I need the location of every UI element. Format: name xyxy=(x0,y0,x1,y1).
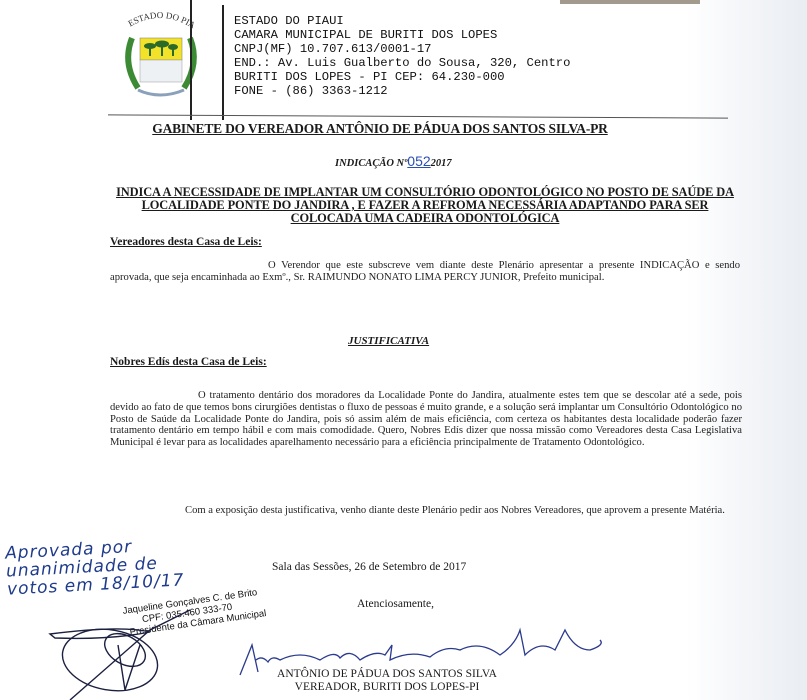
salutation-councillors: Vereadores desta Casa de Leis: xyxy=(110,236,262,248)
indication-number: INDICAÇÃO Nº0522017 xyxy=(335,153,452,169)
indication-label: INDICAÇÃO Nº xyxy=(335,158,407,169)
justification-heading: JUSTIFICATIVA xyxy=(348,335,429,347)
indication-handwritten-number: 052 xyxy=(407,153,430,169)
pen-mark xyxy=(190,0,192,120)
header-phone: FONE - (86) 3363-1212 xyxy=(234,84,570,98)
header-city: BURITI DOS LOPES - PI CEP: 64.230-000 xyxy=(234,70,570,84)
header-cnpj: CNPJ(MF) 10.707.613/0001-17 xyxy=(234,42,570,56)
header-state: ESTADO DO PIAUI xyxy=(234,14,570,28)
signatory-role: VEREADOR, BURITI DOS LOPES-PI xyxy=(232,681,542,694)
handwritten-approval-note: Aprovada por unanimidade de votos em 18/… xyxy=(5,535,185,598)
salutation-edis: Nobres Edís desta Casa de Leis: xyxy=(110,356,267,368)
signatory-block: ANTÔNIO DE PÁDUA DOS SANTOS SILVA VEREAD… xyxy=(232,668,542,694)
indication-year: 2017 xyxy=(431,158,452,169)
paragraph-request: O Verendor que este subscreve vem diante… xyxy=(110,260,740,284)
paragraph-justification: O tratamento dentário dos moradores da L… xyxy=(110,390,742,449)
signatures xyxy=(0,0,807,700)
institution-header: ESTADO DO PIAUI CAMARA MUNICIPAL DE BURI… xyxy=(234,14,570,98)
header-divider xyxy=(222,5,224,120)
session-date: Sala das Sessões, 26 de Setembro de 2017 xyxy=(272,561,466,573)
header-rule xyxy=(108,114,728,118)
paragraph-closing: Com a exposição desta justificativa, ven… xyxy=(110,505,740,517)
closing-greeting: Atenciosamente, xyxy=(357,598,434,610)
indication-subject: INDICA A NECESSIDADE DE IMPLANTAR UM CON… xyxy=(110,186,740,225)
office-title: GABINETE DO VEREADOR ANTÔNIO DE PÁDUA DO… xyxy=(150,121,610,137)
coat-of-arms-logo: ESTADO DO PIAUI xyxy=(110,8,210,103)
document-page: ESTADO DO PIAUI ESTADO DO PIAUI CAMARA M… xyxy=(0,0,807,700)
scan-edge xyxy=(560,0,700,4)
signatory-name: ANTÔNIO DE PÁDUA DOS SANTOS SILVA xyxy=(232,668,542,681)
president-stamp: Jaqueline Gonçalves C. de Brito CPF: 035… xyxy=(122,586,267,638)
header-address: END.: Av. Luis Gualberto do Sousa, 320, … xyxy=(234,56,570,70)
svg-text:ESTADO DO PIAUI: ESTADO DO PIAUI xyxy=(110,8,198,31)
header-chamber: CAMARA MUNICIPAL DE BURITI DOS LOPES xyxy=(234,28,570,42)
